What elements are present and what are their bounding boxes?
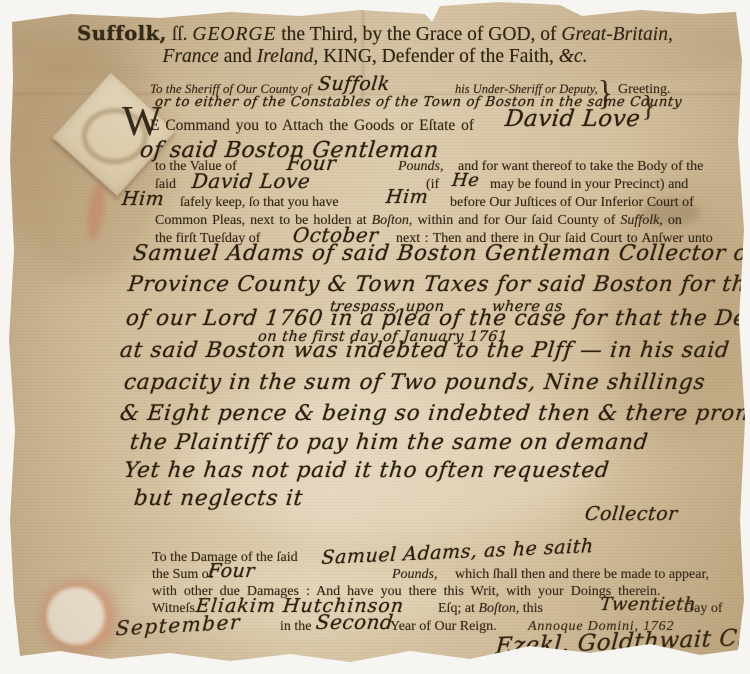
justices-text: before Our Juſtices of Our Inferior Cour…: [450, 196, 694, 211]
him-handwritten-2: Him: [385, 188, 429, 207]
dropcap-w: W: [122, 105, 162, 141]
header-line2-text: KING, Defender of the Faith,: [323, 46, 554, 67]
said-word: ſaid: [155, 178, 176, 193]
seal-emboss-ring: [82, 108, 148, 164]
header-line-1: Suffolk, ſſ. GEORGE the Third, by the Gr…: [0, 22, 750, 46]
pounds-word-2: Pounds,: [392, 568, 438, 583]
esquire-boston-line: Eſq; at Boſton, this: [438, 602, 543, 617]
interlineation-whereas: where as: [491, 300, 563, 315]
common-pleas-line: Common Pleas, next to be holden at Boſto…: [155, 214, 682, 229]
writ-doings-text: with other due Damages : And have you th…: [152, 585, 661, 600]
declaration-line-4: at said Boston was indebted to the Plff …: [119, 340, 731, 362]
king-name: GEORGE: [192, 24, 276, 45]
boston-italic: Boſton,: [372, 213, 413, 228]
declaration-line-1: Samuel Adams of said Boston Gentleman Co…: [132, 243, 750, 265]
defendant-name2-handwritten: David Love: [191, 171, 311, 191]
constables-handwritten: or to either of the Constables of the To…: [154, 96, 682, 110]
month-handwritten: October: [292, 225, 379, 245]
year-of-reign-text: Year of Our Reign.: [390, 620, 497, 635]
in-the-text: in the: [280, 620, 312, 635]
on-word: on: [668, 213, 682, 228]
plaintiff-name-handwritten: Samuel Adams, as he saith: [321, 537, 594, 568]
paper-fold-line: [0, 93, 750, 95]
ireland-text: Ireland,: [257, 46, 319, 67]
france-text: France: [163, 46, 219, 67]
brace-glyph: }: [598, 76, 612, 112]
pounds-word: Pounds,: [398, 160, 444, 175]
etc-text: &c.: [559, 46, 588, 67]
great-britain-text: Great-Britain,: [561, 24, 672, 45]
day-handwritten: Twentieth: [599, 596, 697, 614]
sum-of-text: the Sum of: [152, 568, 213, 583]
value-clause: to the Value of: [155, 160, 237, 175]
day-of-text: Day of: [684, 602, 723, 617]
safely-keep-text: ſafely keep, ſo that you have: [180, 196, 339, 211]
declaration-line-2: Province County & Town Taxes for said Bo…: [127, 274, 750, 296]
boston-italic-2: Boſton,: [478, 601, 519, 616]
month-handwritten-2: September: [115, 612, 241, 639]
red-wax-remnant: [46, 586, 112, 646]
declaration-line-3: of our Lord 1760 in a plea of the case f…: [125, 308, 750, 330]
scanned-document-page: Suffolk, ſſ. GEORGE the Third, by the Gr…: [0, 0, 750, 674]
suffolk-italic: Suffolk,: [620, 213, 662, 228]
defendant-origin-handwritten: of said Boston Gentleman: [139, 140, 440, 162]
paper-shade-patch: [0, 40, 170, 280]
this-word: this: [523, 601, 543, 616]
within-county-text: within and for Our ſaid County of: [417, 213, 615, 228]
him-handwritten-1: Him: [121, 190, 165, 209]
appear-text: which ſhall then and there be made to ap…: [455, 568, 709, 583]
red-ink-stain-edge: [0, 596, 13, 648]
sheriff-address: To the Sheriff of Our County of: [150, 82, 311, 96]
justice-name-handwritten: Eliakim Hutchinson: [195, 597, 405, 616]
interlineation-date: on the first day of January 1761: [257, 330, 508, 345]
declaration-line-7: the Plaintiff to pay him the same on dem…: [129, 432, 650, 454]
declaration-line-8: Yet he has not paid it tho often request…: [123, 460, 611, 482]
embossed-paper-seal: [52, 72, 176, 196]
command-text: E Command you to Attach the Goods or Eſt…: [150, 118, 474, 134]
ink-smudge: [640, 200, 700, 226]
interlineation-trespass: trespass, upon: [329, 300, 445, 315]
bracket-glyph: }: [642, 90, 654, 121]
regnal-year-handwritten: Second: [315, 612, 395, 632]
paper-light-patch: [180, 380, 600, 540]
red-ink-stain: [84, 182, 108, 242]
first-tuesday-text: the firſt Tueſday of: [155, 232, 260, 247]
damage-amount-handwritten: Four: [207, 562, 256, 581]
answer-unto-text: next : Then and there in Our ſaid Court …: [396, 232, 713, 247]
pronoun-handwritten: He: [451, 172, 480, 190]
header-line1-text: the Third, by the Grace of GOD, of: [281, 24, 556, 45]
collector-handwritten: Collector: [584, 505, 679, 524]
annoque-domini-text: Annoque Domini, 1762: [528, 620, 674, 635]
body-line2-text: may be found in your Precinct) and: [490, 178, 688, 193]
ss-abbrev: ſſ.: [172, 24, 188, 45]
county-blackletter: Suffolk,: [77, 22, 167, 45]
writ-paper-sheet: Suffolk, ſſ. GEORGE the Third, by the Gr…: [0, 0, 750, 674]
declaration-line-5: capacity in the sum of Two pounds, Nine …: [123, 372, 707, 394]
damage-clause: To the Damage of the ſaid: [152, 551, 298, 566]
declaration-line-9: but neglects it: [133, 488, 304, 510]
greeting-text: Greeting.: [618, 83, 670, 98]
header-line-2: France and Ireland, KING, Defender of th…: [0, 46, 750, 68]
paper-light-patch: [120, 560, 460, 640]
defendant-name-handwritten: David Love: [504, 108, 642, 131]
declaration-line-6: & Eight pence & being so indebted then &…: [119, 403, 750, 425]
body-line1-text: and for want thereof to take the Body of…: [458, 160, 703, 175]
paper-crease: [362, 0, 364, 108]
under-sheriff-text: his Under-Sheriff or Deputy,: [455, 83, 598, 96]
county-handwritten: Suffolk: [317, 75, 391, 94]
witness-word: Witneſs: [152, 602, 195, 617]
paper-shade-patch: [0, 0, 750, 95]
clerk-signature-handwritten: Ezekl. Goldthwait Cler: [495, 626, 750, 659]
if-word: (if: [426, 178, 439, 193]
and-word: and: [224, 46, 252, 67]
value-amount-handwritten: Four: [286, 153, 337, 173]
paper-shade-patch: [600, 180, 750, 440]
red-wax-remnant-ring: [32, 574, 126, 662]
esquire-text: Eſq; at: [438, 601, 475, 616]
common-pleas-text: Common Pleas, next to be holden at: [155, 213, 367, 228]
